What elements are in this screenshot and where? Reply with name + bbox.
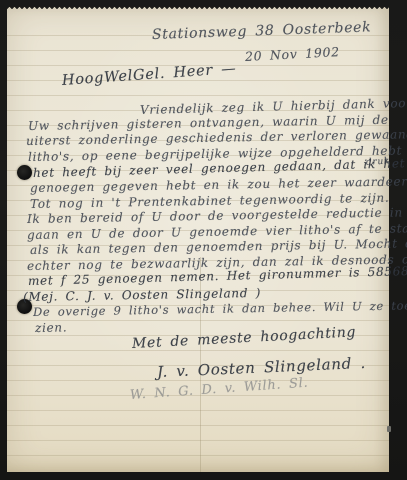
- ruled-lines: [7, 21, 389, 469]
- fold-crease: [200, 257, 201, 472]
- scanned-letter-photo: Stationsweg 38 Oosterbeek20 Nov 1902Hoog…: [0, 0, 407, 480]
- punch-hole-top: [17, 165, 32, 180]
- letter-paper: [7, 7, 389, 472]
- punch-hole-bottom: [17, 299, 32, 314]
- edge-speck: [387, 426, 391, 432]
